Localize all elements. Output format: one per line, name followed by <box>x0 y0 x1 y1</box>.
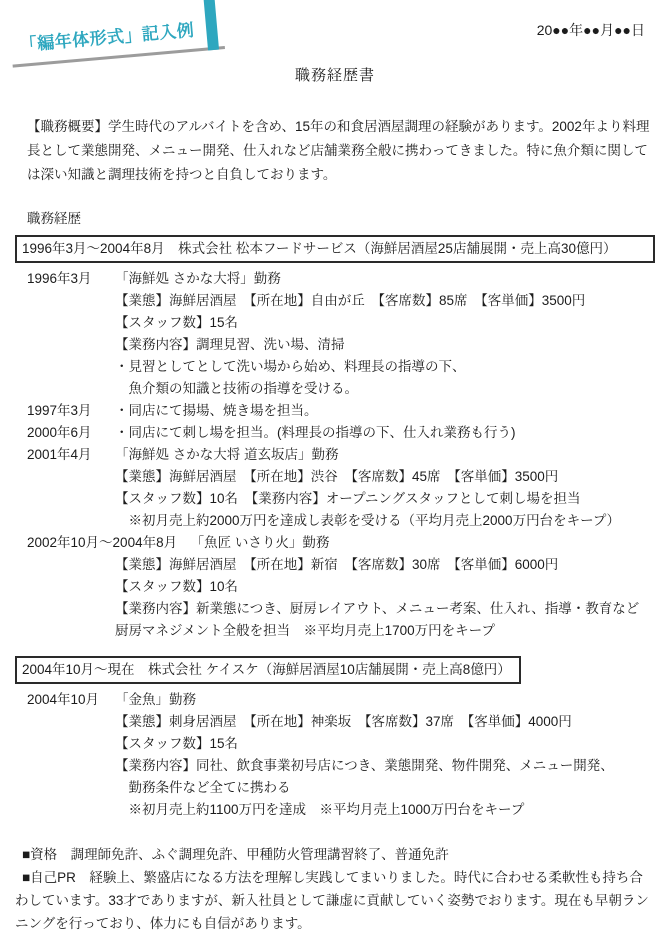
entry-line: 【スタッフ数】10名 <box>115 576 655 598</box>
entry-first-line: 2000年6月・同店にて刺し場を担当。(料理長の指導の下、仕入れ業務も行う) <box>27 422 655 444</box>
entry-row: 2001年4月「海鮮処 さかな大将 道玄坂店」勤務【業態】海鮮居酒屋 【所在地】… <box>27 444 655 532</box>
entry-date: 2004年10月 <box>27 689 115 711</box>
entry-row: 2000年6月・同店にて刺し場を担当。(料理長の指導の下、仕入れ業務も行う) <box>27 422 655 444</box>
entry-date: 2002年10月～2004年8月 <box>27 532 191 554</box>
badge-accent-bar <box>204 0 219 50</box>
document-title: 職務経歴書 <box>15 64 655 85</box>
entry-line: 【業態】海鮮居酒屋 【所在地】自由が丘 【客席数】85席 【客単価】3500円 <box>115 290 655 312</box>
entry-line: ・見習としてとして洗い場から始め、料理長の指導の下、 <box>115 356 655 378</box>
entry-line: 【業務内容】新業態につき、厨房レイアウト、メニュー考案、仕入れ、指導・教育など <box>115 598 655 620</box>
entry-line: 【業態】刺身居酒屋 【所在地】神楽坂 【客席数】37席 【客単価】4000円 <box>115 711 655 733</box>
company-period-header: 1996年3月～2004年8月 株式会社 松本フードサービス（海鮮居酒屋25店舗… <box>15 235 655 263</box>
work-history: 1996年3月～2004年8月 株式会社 松本フードサービス（海鮮居酒屋25店舗… <box>15 235 655 821</box>
entry-date: 2001年4月 <box>27 444 115 466</box>
entry-line: 「金魚」勤務 <box>115 689 196 711</box>
entry-row: 1997年3月・同店にて揚場、焼き場を担当。 <box>27 400 655 422</box>
self-pr-paragraph: ■自己PR 経験上、繁盛店になる方法を理解し実践してまいりました。時代に合わせる… <box>15 866 655 930</box>
entry-line: 厨房マネジメント全般を担当 ※平均月売上1700万円をキープ <box>115 620 655 642</box>
entry-line: ※初月売上約1100万円を達成 ※平均月売上1000万円台をキープ <box>115 799 655 821</box>
company-period-header: 2004年10月～現在 株式会社 ケイスケ（海鮮居酒屋10店舗展開・売上高8億円… <box>15 656 521 684</box>
entry-line: 「魚匠 いさり火」勤務 <box>191 532 330 554</box>
section-heading-work-history: 職務経歴 <box>27 207 655 227</box>
entry-line: ※初月売上約2000万円を達成し表彰を受ける（平均月売上2000万円台をキープ） <box>115 510 655 532</box>
entry-line: 勤務条件など全てに携わる <box>115 777 655 799</box>
entry-line: 【業態】海鮮居酒屋 【所在地】新宿 【客席数】30席 【客単価】6000円 <box>115 554 655 576</box>
footer-notes: ■資格 調理師免許、ふぐ調理免許、甲種防火管理講習終了、普通免許 ■自己PR 経… <box>15 843 655 930</box>
entry-line: 【業務内容】調理見習、洗い場、清掃 <box>115 334 655 356</box>
entry-line: ・同店にて刺し場を担当。(料理長の指導の下、仕入れ業務も行う) <box>115 422 516 444</box>
entry-date: 1997年3月 <box>27 400 115 422</box>
entry-date: 2000年6月 <box>27 422 115 444</box>
entry-line: 【スタッフ数】15名 <box>115 312 655 334</box>
entry-line: ・同店にて揚場、焼き場を担当。 <box>115 400 318 422</box>
entry-line: 「海鮮処 さかな大将」勤務 <box>115 268 281 290</box>
qualifications-line: ■資格 調理師免許、ふぐ調理免許、甲種防火管理講習終了、普通免許 <box>15 843 655 866</box>
entry-line: 【業務内容】同社、飲食事業初号店につき、業態開発、物件開発、メニュー開発、 <box>115 755 655 777</box>
entry-line: 【スタッフ数】10名 【業務内容】オープニングスタッフとして刺し場を担当 <box>115 488 655 510</box>
entry-row: 1996年3月「海鮮処 さかな大将」勤務【業態】海鮮居酒屋 【所在地】自由が丘 … <box>27 268 655 400</box>
entry-line: 魚介類の知識と技術の指導を受ける。 <box>115 378 655 400</box>
entry-row: 2004年10月「金魚」勤務【業態】刺身居酒屋 【所在地】神楽坂 【客席数】37… <box>27 689 655 821</box>
badge-label: 「編年体形式」記入例 <box>19 21 195 55</box>
job-summary-paragraph: 【職務概要】学生時代のアルバイトを含め、15年の和食居酒屋調理の経験があります。… <box>27 115 655 187</box>
entry-date: 1996年3月 <box>27 268 115 290</box>
entry-first-line: 2002年10月～2004年8月 「魚匠 いさり火」勤務 <box>27 532 655 554</box>
entry-first-line: 1997年3月・同店にて揚場、焼き場を担当。 <box>27 400 655 422</box>
entry-line: 「海鮮処 さかな大将 道玄坂店」勤務 <box>115 444 339 466</box>
resume-page: 「編年体形式」記入例 20●●年●●月●●日 職務経歴書 【職務概要】学生時代の… <box>0 0 670 930</box>
entry-first-line: 1996年3月「海鮮処 さかな大将」勤務 <box>27 268 655 290</box>
entry-line: 【業態】海鮮居酒屋 【所在地】渋谷 【客席数】45席 【客単価】3500円 <box>115 466 655 488</box>
entry-row: 2002年10月～2004年8月 「魚匠 いさり火」勤務【業態】海鮮居酒屋 【所… <box>27 532 655 642</box>
entry-line: 【スタッフ数】15名 <box>115 733 655 755</box>
entry-first-line: 2001年4月「海鮮処 さかな大将 道玄坂店」勤務 <box>27 444 655 466</box>
entry-first-line: 2004年10月「金魚」勤務 <box>27 689 655 711</box>
